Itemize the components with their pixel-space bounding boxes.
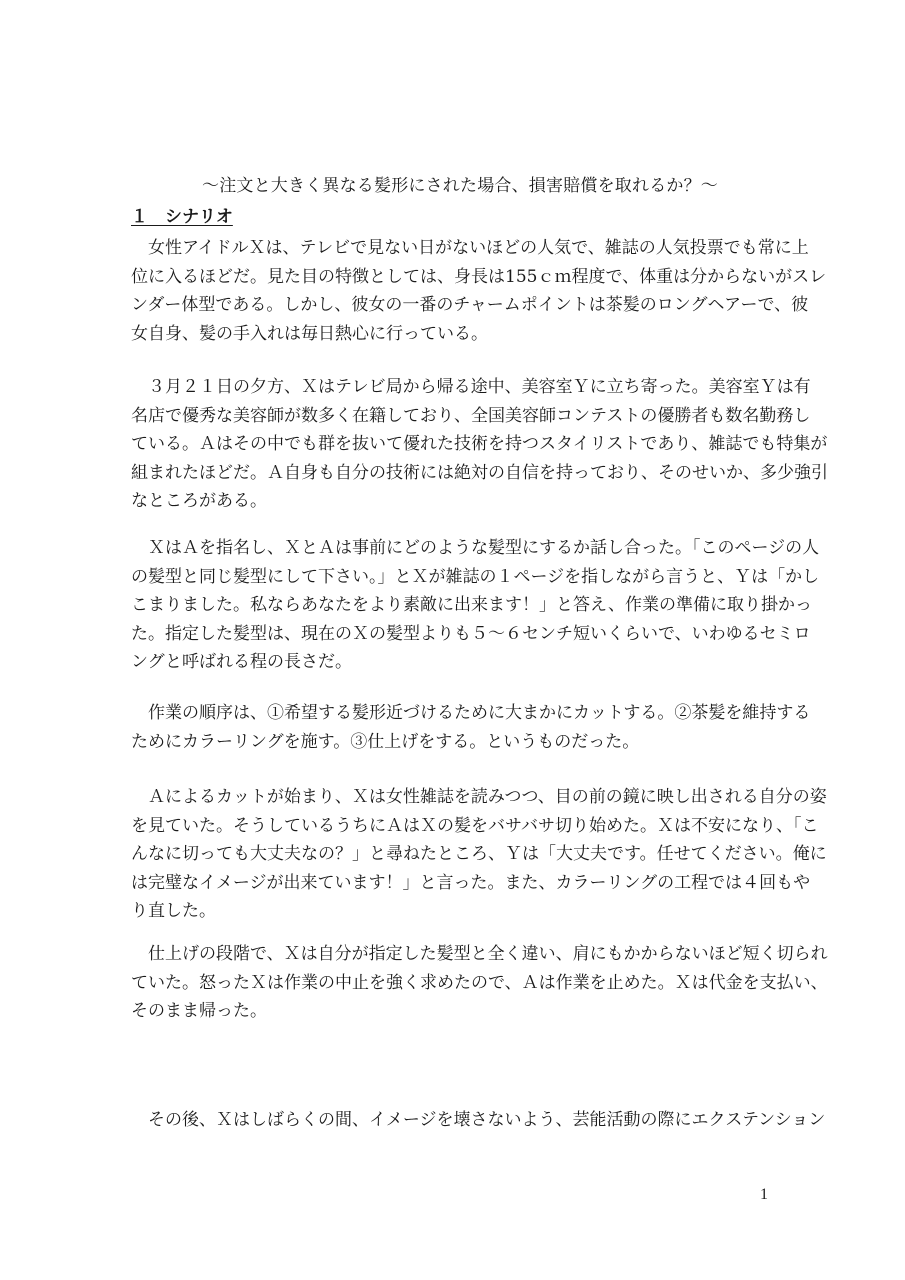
paragraph-line: ている。Ａはその中でも群を抜いて優れた技術を持つスタイリストであり、雑誌でも特集… — [131, 430, 779, 459]
paragraph-1: 女性アイドルＸは、テレビで見ない日がないほどの人気で、雑誌の人気投票でも常に上 … — [131, 234, 779, 348]
document-page: ～注文と大きく異なる髪形にされた場合、損害賠償を取れるか？～ １ シナリオ 女性… — [0, 0, 905, 1280]
document-title: ～注文と大きく異なる髪形にされた場合、損害賠償を取れるか？～ — [130, 174, 790, 198]
paragraph-line: 作業の順序は、①希望する髪形近づけるために大まかにカットする。②茶髪を維持する — [131, 699, 779, 728]
paragraph-line: ングと呼ばれる程の長さだ。 — [131, 648, 779, 677]
paragraph-line: そのまま帰った。 — [131, 997, 779, 1026]
paragraph-line: た。指定した髪型は、現在のＸの髪型よりも５～６センチ短いくらいで、いわゆるセミロ — [131, 620, 779, 649]
paragraph-line: んなに切っても大丈夫なの？」と尋ねたところ、Ｙは「大丈夫です。任せてください。俺… — [131, 840, 779, 869]
paragraph-line: 女性アイドルＸは、テレビで見ない日がないほどの人気で、雑誌の人気投票でも常に上 — [131, 234, 779, 263]
paragraph-line: その後、Ｘはしばらくの間、イメージを壊さないよう、芸能活動の際にエクステンション — [131, 1106, 779, 1135]
paragraph-6: 仕上げの段階で、Ｘは自分が指定した髪型と全く違い、肩にもかからないほど短く切られ… — [131, 940, 779, 1026]
paragraph-4: 作業の順序は、①希望する髪形近づけるために大まかにカットする。②茶髪を維持する … — [131, 699, 779, 756]
paragraph-line: を見ていた。そうしているうちにＡはＸの髪をバサバサ切り始めた。Ｘは不安になり、「… — [131, 812, 779, 841]
paragraph-line: Ａによるカットが始まり、Ｘは女性雑誌を読みつつ、目の前の鏡に映し出される自分の姿 — [131, 783, 779, 812]
paragraph-line: 仕上げの段階で、Ｘは自分が指定した髪型と全く違い、肩にもかからないほど短く切られ — [131, 940, 779, 969]
paragraph-7: その後、Ｘはしばらくの間、イメージを壊さないよう、芸能活動の際にエクステンション — [131, 1106, 779, 1135]
paragraph-line: ＸはＡを指名し、ＸとＡは事前にどのような髪型にするか話し合った。「このページの人 — [131, 534, 779, 563]
paragraph-line: ンダー体型である。しかし、彼女の一番のチャームポイントは茶髪のロングヘアーで、彼 — [131, 291, 779, 320]
paragraph-line: なところがある。 — [131, 487, 779, 516]
paragraph-3: ＸはＡを指名し、ＸとＡは事前にどのような髪型にするか話し合った。「このページの人… — [131, 534, 779, 677]
paragraph-line: 位に入るほどだ。見た目の特徴としては、身長は155ｃｍ程度で、体重は分からないが… — [131, 263, 779, 292]
paragraph-line: は完璧なイメージが出来ています！」と言った。また、カラーリングの工程では４回もや — [131, 869, 779, 898]
page-number: 1 — [760, 1185, 768, 1205]
section-heading: １ シナリオ — [131, 205, 233, 229]
paragraph-line: ３月２１日の夕方、Ｘはテレビ局から帰る途中、美容室Ｙに立ち寄った。美容室Ｙは有 — [131, 373, 779, 402]
paragraph-2: ３月２１日の夕方、Ｘはテレビ局から帰る途中、美容室Ｙに立ち寄った。美容室Ｙは有 … — [131, 373, 779, 516]
paragraph-line: 名店で優秀な美容師が数多く在籍しており、全国美容師コンテストの優勝者も数名勤務し — [131, 402, 779, 431]
paragraph-line: 組まれたほどだ。Ａ自身も自分の技術には絶対の自信を持っており、そのせいか、多少強… — [131, 459, 779, 488]
paragraph-line: ていた。怒ったＸは作業の中止を強く求めたので、Ａは作業を止めた。Ｘは代金を支払い… — [131, 969, 779, 998]
paragraph-line: の髪型と同じ髪型にして下さい。」とＸが雑誌の１ページを指しながら言うと、Ｙは「か… — [131, 563, 779, 592]
paragraph-line: こまりました。私ならあなたをより素敵に出来ます！」と答え、作業の準備に取り掛かっ — [131, 591, 779, 620]
paragraph-line: 女自身、髪の手入れは毎日熱心に行っている。 — [131, 320, 779, 349]
paragraph-line: ためにカラーリングを施す。③仕上げをする。というものだった。 — [131, 728, 779, 757]
paragraph-5: Ａによるカットが始まり、Ｘは女性雑誌を読みつつ、目の前の鏡に映し出される自分の姿… — [131, 783, 779, 926]
paragraph-line: り直した。 — [131, 897, 779, 926]
